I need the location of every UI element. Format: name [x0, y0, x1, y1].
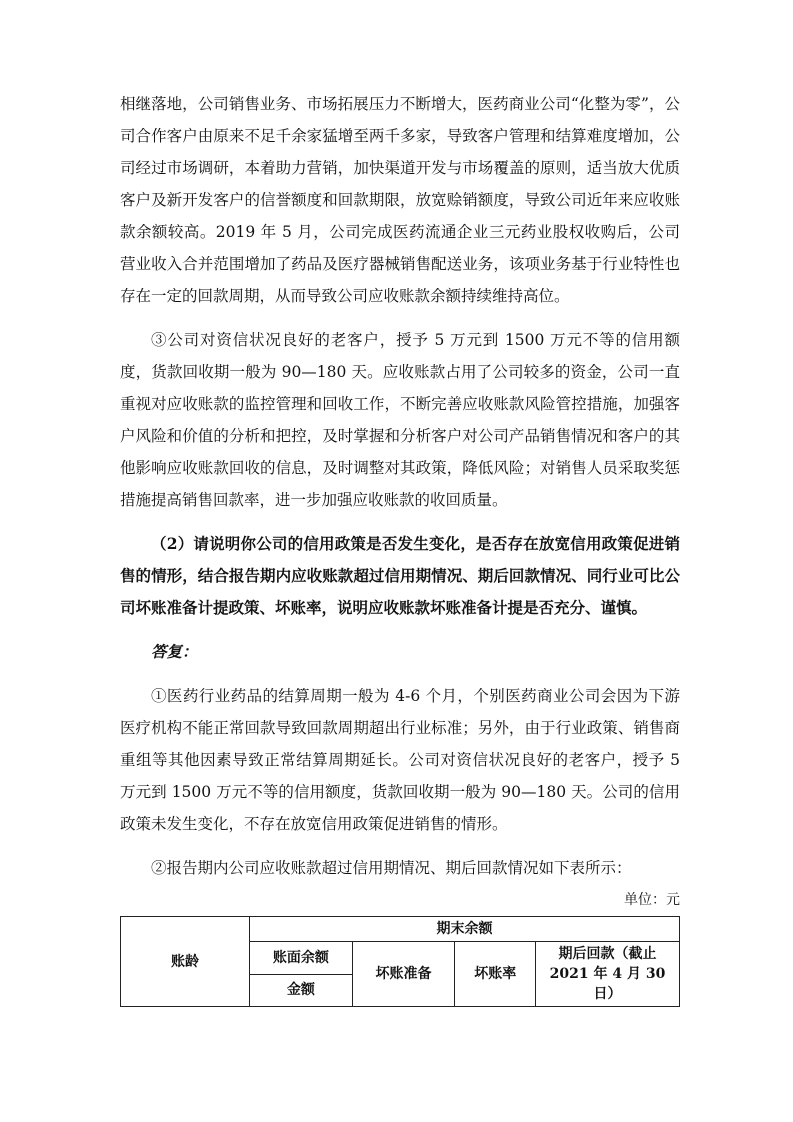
paragraph: ③公司对资信状况良好的老客户，授予 5 万元到 1500 万元不等的信用额度，货… — [120, 324, 680, 516]
paragraph: ②报告期内公司应收账款超过信用期情况、期后回款情况如下表所示： — [120, 852, 680, 884]
header-rate: 坏账率 — [455, 942, 536, 1007]
aging-table: 账龄 期末余额 账面余额 坏账准备 坏账率 期后回款（截止 2021 年 4 月… — [120, 916, 680, 1007]
question-heading: （2）请说明你公司的信用政策是否发生变化，是否存在放宽信用政策促进销售的情形，结… — [120, 528, 680, 624]
header-aging: 账龄 — [121, 917, 250, 1007]
unit-label: 单位：元 — [120, 884, 680, 916]
header-period-end: 期末余额 — [250, 917, 680, 942]
paragraph: 相继落地，公司销售业务、市场拓展压力不断增大，医药商业公司“化整为零”，公司合作… — [120, 88, 680, 312]
header-amount: 金额 — [250, 974, 353, 1007]
document-page: 相继落地，公司销售业务、市场拓展压力不断增大，医药商业公司“化整为零”，公司合作… — [120, 0, 680, 1007]
answer-label: 答复： — [120, 636, 680, 668]
header-book-balance: 账面余额 — [250, 942, 353, 975]
header-collection: 期后回款（截止 2021 年 4 月 30 日） — [536, 942, 680, 1007]
paragraph: ①医药行业药品的结算周期一般为 4-6 个月，个别医药商业公司会因为下游医疗机构… — [120, 680, 680, 840]
header-provision: 坏账准备 — [352, 942, 455, 1007]
